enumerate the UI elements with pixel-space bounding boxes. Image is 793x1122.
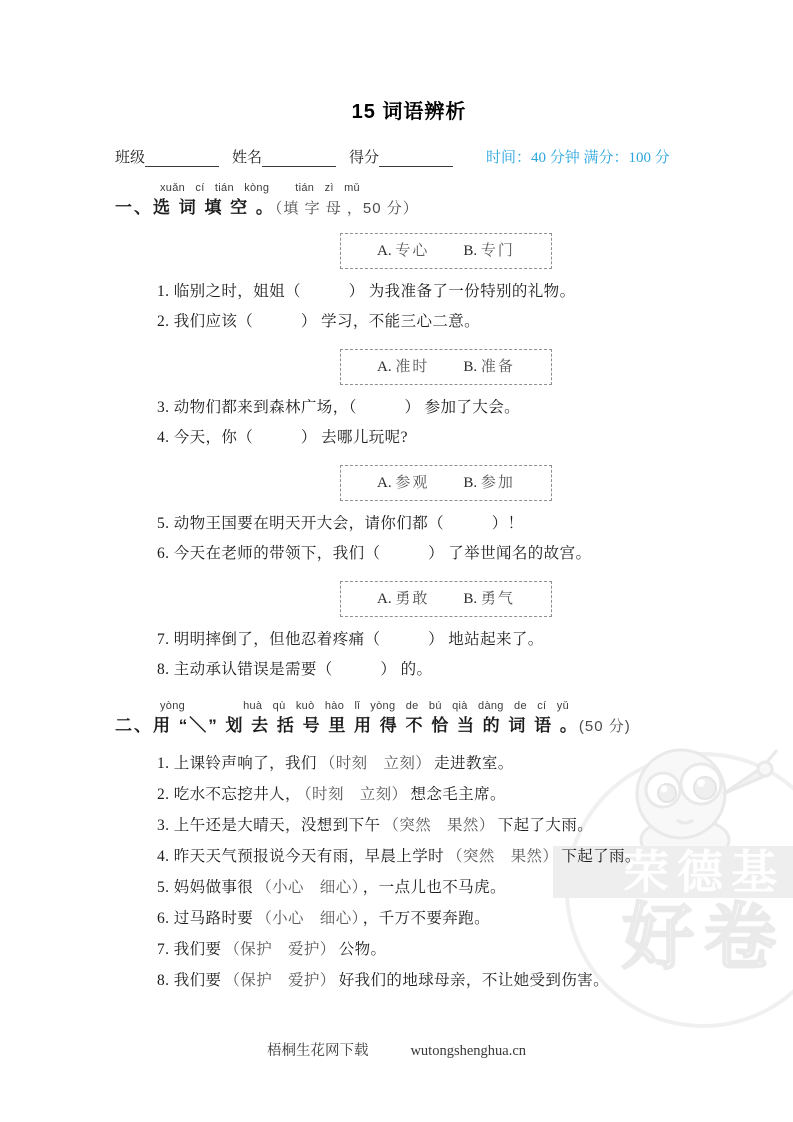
option-a-word: 专心 [395,243,429,259]
option-box-2: A. 准时 B. 准备 [340,349,552,385]
question-item: 5. 动物王国要在明天开大会，请你们都（ ）！ [157,509,703,539]
question-text: 走进教室。 [434,755,514,772]
question-item: 4. 昨天天气预报说今天有雨，早晨上学时（突然 果然）下起了雨。 [157,841,703,872]
page-content: 15 词语辨析 班级 姓名 得分 时间：40 分钟 满分：100 分 xuǎn … [0,95,793,996]
score-label: 得分 [349,146,379,167]
choice-words: （突然 果然） [383,817,494,834]
page-title: 15 词语辨析 [115,95,703,124]
section-1-heading-text: 选 词 填 空 。 [153,198,275,217]
option-b: B. 准备 [463,358,515,376]
option-b-word: 准备 [481,359,515,375]
score-blank [379,152,453,167]
section-2-pinyin-a: yòng [160,700,185,712]
question-item: 3. 动物们都来到森林广场，（ ） 参加了大会。 [157,393,703,423]
question-text: 5. 妈妈做事很 [157,879,253,896]
section-1-note: （填 字 母 ，50 分） [275,200,419,217]
question-item: 4. 今天，你（ ） 去哪儿玩呢? [157,423,703,453]
question-item: 7. 明明摔倒了，但他忍着疼痛（ ） 地站起来了。 [157,625,703,655]
option-b-label: B. [463,591,477,607]
choice-words: （保护 爱护） [224,941,335,958]
worksheet-page: { "title": "15 词语辨析", "header": { "class… [0,0,793,1122]
option-a-label: A. [377,359,392,375]
option-a-word: 勇敢 [395,591,429,607]
section-2-number: 二、 [115,716,153,735]
footer-site-name: 梧桐生花网下载 [267,1043,369,1059]
option-a: A. 参观 [377,474,429,492]
option-b-label: B. [463,475,477,491]
question-text: 8. 我们要 [157,972,221,989]
question-item: 2. 我们应该（ ） 学习，不能三心二意。 [157,307,703,337]
question-text: 2. 吃水不忘挖井人， [157,786,301,803]
question-text: 3. 上午还是大晴天，没想到下午 [157,817,380,834]
page-footer: 梧桐生花网下载wutongshenghua.cn [0,1039,793,1060]
question-text: ，一点儿也不马虎。 [363,879,506,896]
question-item: 6. 过马路时要（小心 细心），千万不要奔跑。 [157,903,703,934]
section-1-heading: 一、选 词 填 空 。（填 字 母 ，50 分） [115,195,703,221]
option-b: B. 勇气 [463,590,515,608]
question-item: 1. 临别之时，姐姐（ ） 为我准备了一份特别的礼物。 [157,277,703,307]
question-text: 好我们的地球母亲，不让她受到伤害。 [339,972,609,989]
choice-words: （保护 爱护） [224,972,335,989]
option-a-word: 准时 [395,359,429,375]
question-text: 4. 昨天天气预报说今天有雨，早晨上学时 [157,848,444,865]
section-1-number: 一、 [115,198,153,217]
section-2-note: (50 分) [579,718,631,735]
name-label: 姓名 [232,146,262,167]
section-1-pinyin: xuǎn cí tián kòngtián zì mǔ [160,182,703,195]
option-b: B. 专门 [463,242,515,260]
section-1: xuǎn cí tián kòngtián zì mǔ 一、选 词 填 空 。（… [115,182,703,685]
choice-words: （时刻 立刻） [320,755,431,772]
option-b-label: B. [463,359,477,375]
info-row: 班级 姓名 得分 时间：40 分钟 满分：100 分 [115,146,703,167]
option-a: A. 准时 [377,358,429,376]
choice-words: （小心 细心） [256,879,360,896]
option-a-label: A. [377,591,392,607]
option-b-word: 参加 [481,475,515,491]
section-2-pinyin: yònghuà qù kuò hào lǐ yòng de bú qià dàn… [160,700,703,713]
name-blank [262,152,336,167]
section-2-heading-text: 用 “＼” 划 去 括 号 里 用 得 不 恰 当 的 词 语 。 [153,716,579,735]
question-text: 公物。 [339,941,387,958]
section-2: yònghuà qù kuò hào lǐ yòng de bú qià dàn… [115,700,703,996]
option-a-label: A. [377,243,392,259]
class-label: 班级 [115,146,145,167]
question-text: 下起了大雨。 [498,817,593,834]
question-text: ，千万不要奔跑。 [363,910,490,927]
option-a: A. 专心 [377,242,429,260]
option-b-word: 专门 [481,243,515,259]
option-b-label: B. [463,243,477,259]
option-a-label: A. [377,475,392,491]
section-2-pinyin-b: huà qù kuò hào lǐ yòng de bú qià dàng de… [243,700,569,712]
choice-words: （突然 果然） [447,848,558,865]
option-b: B. 参加 [463,474,515,492]
question-item: 3. 上午还是大晴天，没想到下午（突然 果然）下起了大雨。 [157,810,703,841]
section-2-heading: 二、用 “＼” 划 去 括 号 里 用 得 不 恰 当 的 词 语 。(50 分… [115,713,703,739]
time-score-info: 时间：40 分钟 满分：100 分 [486,146,670,167]
question-item: 8. 我们要（保护 爱护）好我们的地球母亲，不让她受到伤害。 [157,965,703,996]
choice-words: （小心 细心） [256,910,360,927]
question-item: 8. 主动承认错误是需要（ ） 的。 [157,655,703,685]
question-item: 7. 我们要（保护 爱护）公物。 [157,934,703,965]
question-item: 2. 吃水不忘挖井人，（时刻 立刻）想念毛主席。 [157,779,703,810]
section-1-pinyin-b: tián zì mǔ [295,182,360,194]
option-box-3: A. 参观 B. 参加 [340,465,552,501]
question-item: 1. 上课铃声响了，我们（时刻 立刻）走进教室。 [157,748,703,779]
option-a: A. 勇敢 [377,590,429,608]
question-text: 7. 我们要 [157,941,221,958]
question-item: 6. 今天在老师的带领下，我们（ ） 了举世闻名的故宫。 [157,539,703,569]
question-text: 想念毛主席。 [410,786,505,803]
section-1-pinyin-a: xuǎn cí tián kòng [160,182,269,194]
question-text: 下起了雨。 [561,848,641,865]
option-b-word: 勇气 [481,591,515,607]
choice-words: （时刻 立刻） [304,786,408,803]
option-a-word: 参观 [395,475,429,491]
option-box-4: A. 勇敢 B. 勇气 [340,581,552,617]
class-blank [145,152,219,167]
footer-site-url: wutongshenghua.cn [410,1043,526,1059]
option-box-1: A. 专心 B. 专门 [340,233,552,269]
question-item: 5. 妈妈做事很（小心 细心），一点儿也不马虎。 [157,872,703,903]
question-text: 6. 过马路时要 [157,910,253,927]
question-text: 1. 上课铃声响了，我们 [157,755,317,772]
